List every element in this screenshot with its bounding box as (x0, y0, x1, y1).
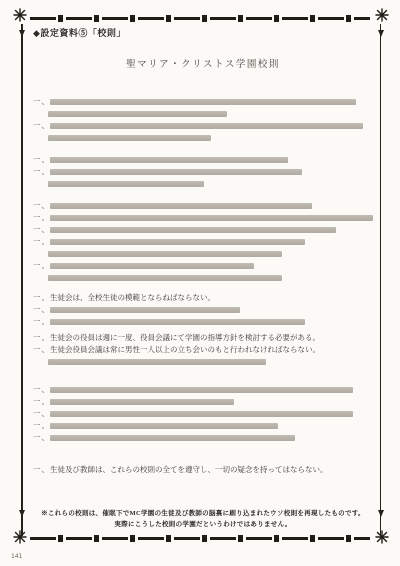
redacted-text-bar (50, 387, 353, 393)
frame-bottom-chain (30, 535, 370, 542)
frame-top-chain (30, 15, 370, 22)
redacted-text-bar (50, 399, 234, 405)
corner-asterisk-icon (374, 529, 390, 545)
left-arrow-ornament-icon (19, 510, 25, 517)
redacted-text-bar (50, 203, 312, 209)
rule-line-redacted: 一、 (33, 316, 373, 328)
redacted-text-bar (48, 275, 282, 281)
section-header: ◆設定資料⑤「校則」 (33, 26, 373, 39)
redacted-text-bar (48, 251, 282, 257)
rule-line-redacted: 一、 (33, 304, 373, 316)
rule-item-marker: 一、 (33, 332, 50, 344)
rule-line-redacted: 一、 (33, 432, 373, 444)
rule-item-marker: 一、 (33, 344, 50, 356)
rule-item-marker: 一、 (33, 464, 50, 476)
rule-item-marker: 一、 (33, 304, 50, 316)
rule-text: 生徒及び教師は、これらの校則の全てを遵守し、一切の疑念を持ってはならない。 (50, 464, 328, 476)
rule-item-marker: 一、 (33, 96, 50, 108)
rule-line-redacted: 一、 (33, 120, 373, 132)
rule-line-redacted (33, 108, 373, 120)
rule-item-marker: 一、 (33, 408, 50, 420)
left-arrow-ornament-icon (19, 30, 25, 37)
rule-item-marker: 一、 (33, 154, 50, 166)
rule-text: 生徒会は、全校生徒の模範とならねばならない。 (50, 292, 215, 304)
rule-item-marker: 一、 (33, 212, 50, 224)
frame-left-rule (21, 24, 23, 536)
corner-asterisk-icon (374, 7, 390, 23)
rule-item-marker: 一、 (33, 166, 50, 178)
spacer (33, 444, 373, 464)
spacer (33, 368, 373, 384)
rule-text: 生徒会の役員は週に一度、役員会議にて学園の指導方針を検討する必要がある。 (50, 332, 320, 344)
spacer (33, 144, 373, 154)
rule-item-marker: 一、 (33, 292, 50, 304)
rule-line-redacted: 一、 (33, 384, 373, 396)
redacted-text-bar (50, 123, 363, 129)
rule-line-redacted (33, 248, 373, 260)
rule-line: 一、生徒会役員会議は常に男性一人以上の立ち会いのもと行われなければならない。 (33, 344, 373, 356)
footer-note-line-1: ※これらの校則は、催眠下でMC学園の生徒及び教師の脳裏に刷り込まれたウソ校則を再… (33, 508, 373, 519)
rule-item-marker: 一、 (33, 420, 50, 432)
redacted-text-bar (50, 169, 302, 175)
document-title: 聖マリア・クリストス学園校則 (33, 56, 373, 70)
footer-note-line-2: 実際にこうした校則の学園だというわけではありません。 (33, 519, 373, 530)
spacer (33, 284, 373, 292)
redacted-text-bar (50, 319, 305, 325)
rule-item-marker: 一、 (33, 120, 50, 132)
rule-line: 一、生徒会の役員は週に一度、役員会議にて学園の指導方針を検討する必要がある。 (33, 332, 373, 344)
right-arrow-ornament-icon (378, 30, 384, 37)
redacted-text-bar (48, 359, 266, 365)
rule-line-redacted (33, 178, 373, 190)
corner-asterisk-icon (12, 7, 28, 23)
frame-right-rule (380, 24, 382, 536)
rule-line-redacted (33, 272, 373, 284)
rule-line: 一、生徒会は、全校生徒の模範とならねばならない。 (33, 292, 373, 304)
redacted-text-bar (48, 135, 211, 141)
rule-item-marker: 一、 (33, 224, 50, 236)
rule-line-redacted: 一、 (33, 96, 373, 108)
rule-item-marker: 一、 (33, 260, 50, 272)
redacted-text-bar (50, 307, 240, 313)
rule-item-marker: 一、 (33, 396, 50, 408)
rule-item-marker: 一、 (33, 432, 50, 444)
rule-item-marker: 一、 (33, 316, 50, 328)
rule-line-redacted: 一、 (33, 212, 373, 224)
rules-list: 一、一、一、一、一、一、一、一、一、一、生徒会は、全校生徒の模範とならねばならな… (33, 96, 373, 476)
redacted-text-bar (50, 411, 353, 417)
page-number: 141 (11, 553, 22, 560)
rule-line: 一、生徒及び教師は、これらの校則の全てを遵守し、一切の疑念を持ってはならない。 (33, 464, 373, 476)
redacted-text-bar (50, 157, 288, 163)
scanned-page: { "_redaction_note": "Source scan contai… (0, 0, 400, 566)
rule-text: 生徒会役員会議は常に男性一人以上の立ち会いのもと行われなければならない。 (50, 344, 320, 356)
redacted-text-bar (50, 227, 336, 233)
redacted-text-bar (50, 215, 373, 221)
spacer (33, 190, 373, 200)
page-content: ◆設定資料⑤「校則」 聖マリア・クリストス学園校則 一、一、一、一、一、一、一、… (33, 26, 373, 476)
redacted-text-bar (48, 181, 204, 187)
rule-item-marker: 一、 (33, 384, 50, 396)
rule-line-redacted (33, 356, 373, 368)
redacted-text-bar (50, 423, 278, 429)
footer-note: ※これらの校則は、催眠下でMC学園の生徒及び教師の脳裏に刷り込まれたウソ校則を再… (33, 508, 373, 530)
rule-line-redacted: 一、 (33, 260, 373, 272)
redacted-text-bar (50, 99, 356, 105)
rule-line-redacted (33, 132, 373, 144)
rule-line-redacted: 一、 (33, 200, 373, 212)
rule-line-redacted: 一、 (33, 396, 373, 408)
rule-line-redacted: 一、 (33, 154, 373, 166)
rule-line-redacted: 一、 (33, 408, 373, 420)
rule-line-redacted: 一、 (33, 420, 373, 432)
rule-line-redacted: 一、 (33, 236, 373, 248)
redacted-text-bar (48, 111, 227, 117)
rule-line-redacted: 一、 (33, 224, 373, 236)
redacted-text-bar (50, 263, 254, 269)
right-arrow-ornament-icon (378, 510, 384, 517)
redacted-text-bar (50, 239, 305, 245)
rule-item-marker: 一、 (33, 200, 50, 212)
rule-item-marker: 一、 (33, 236, 50, 248)
redacted-text-bar (50, 435, 295, 441)
corner-asterisk-icon (12, 529, 28, 545)
rule-line-redacted: 一、 (33, 166, 373, 178)
